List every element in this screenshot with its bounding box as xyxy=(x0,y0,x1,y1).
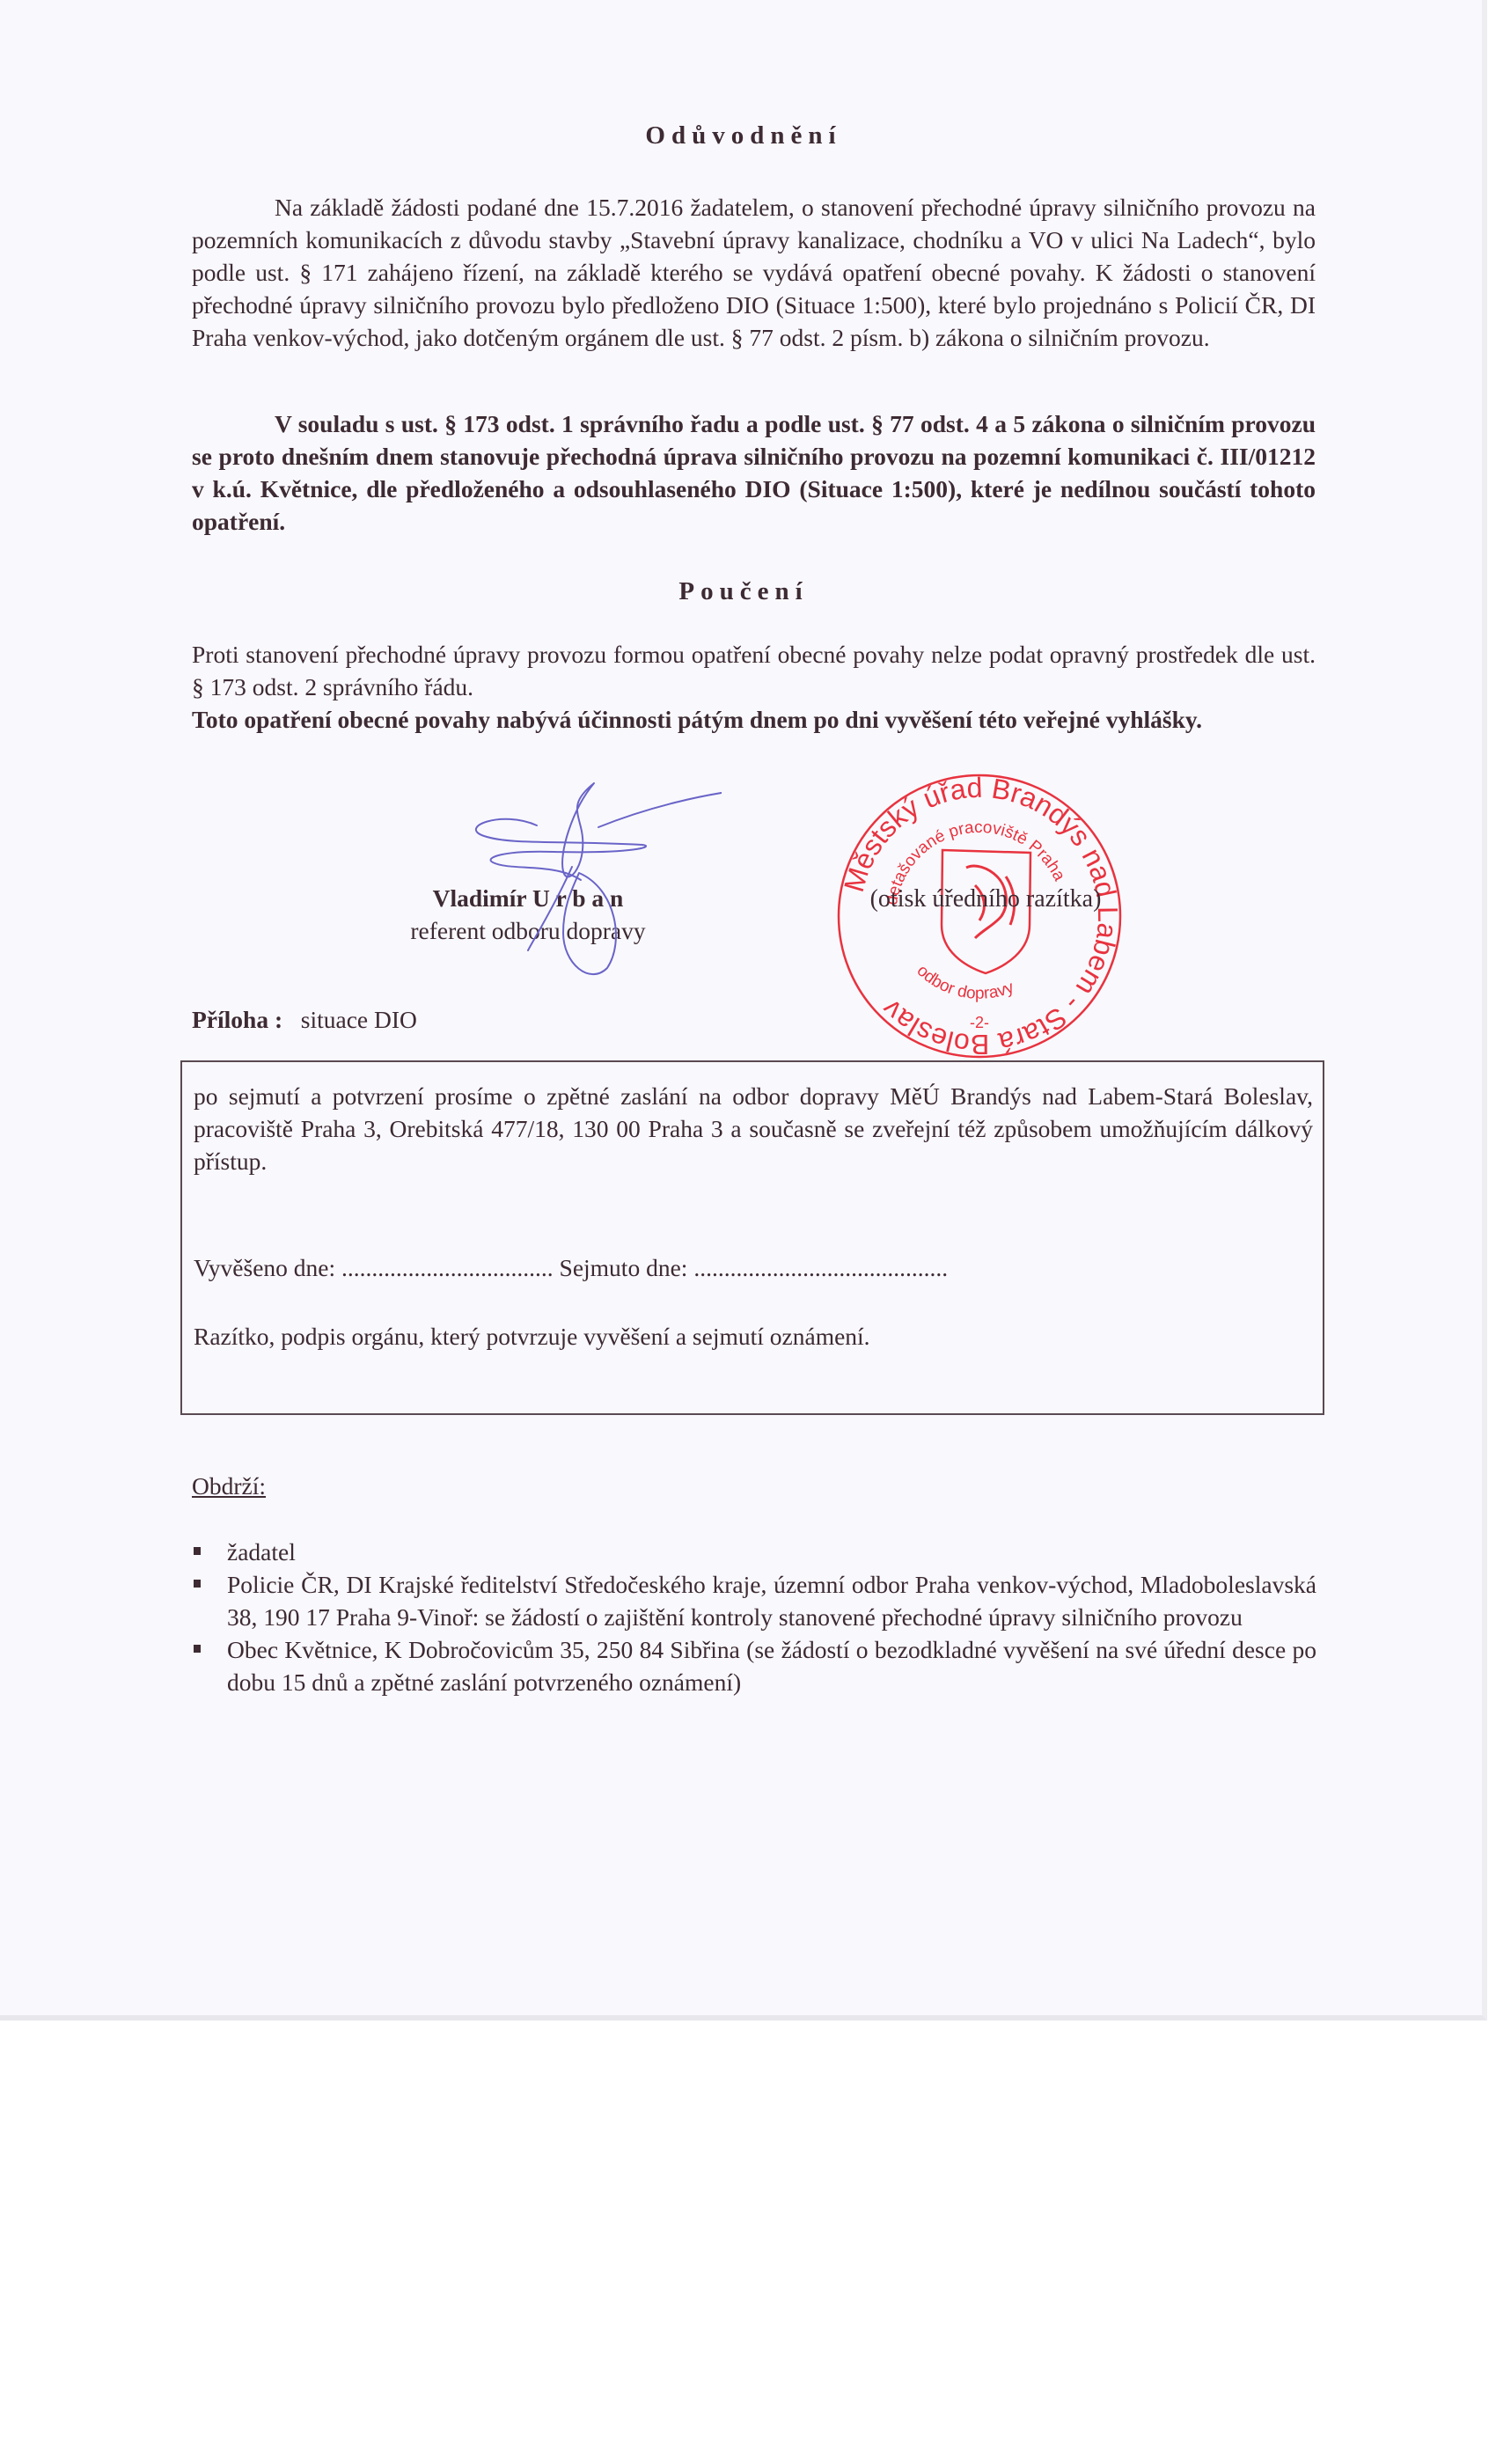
recipient-item: žadatel xyxy=(192,1536,1316,1568)
posting-stamp-note: Razítko, podpis orgánu, který potvrzuje … xyxy=(194,1320,1313,1353)
decision-paragraph: V souladu s ust. § 173 odst. 1 správního… xyxy=(192,407,1316,538)
signatory-name: Vladimír U r b a n xyxy=(352,882,704,914)
posting-dates-line: Vyvěšeno dne: ..........................… xyxy=(194,1251,1313,1284)
posting-instruction: po sejmutí a potvrzení prosíme o zpětné … xyxy=(194,1080,1313,1177)
justification-paragraph: Na základě žádosti podané dne 15.7.2016 … xyxy=(192,191,1316,354)
attachment-value: situace DIO xyxy=(301,1006,417,1033)
signatory-role: referent odboru dopravy xyxy=(352,914,704,947)
svg-text:odbor dopravy: odbor dopravy xyxy=(913,962,1017,1003)
heading-instruction: Poučení xyxy=(0,577,1487,606)
official-stamp-icon: Městský úřad Brandýs nad Labem - Stará B… xyxy=(834,771,1125,1061)
removed-label: Sejmuto dne: xyxy=(560,1254,688,1281)
posting-confirmation-box: po sejmutí a potvrzení prosíme o zpětné … xyxy=(180,1060,1324,1415)
heading-justification: Odůvodnění xyxy=(0,121,1487,150)
scanned-page: Odůvodnění Na základě žádosti podané dne… xyxy=(0,0,1487,2020)
svg-text:-2-: -2- xyxy=(970,1014,989,1031)
recipient-item: Obec Květnice, K Dobročovicům 35, 250 84… xyxy=(192,1633,1316,1698)
recipient-item: Policie ČR, DI Krajské ředitelství Střed… xyxy=(192,1568,1316,1633)
recipients-heading: Obdrží: xyxy=(192,1470,544,1502)
instruction-paragraph: Proti stanovení přechodné úpravy provozu… xyxy=(192,638,1316,703)
stamp-placeholder: (otisk úředního razítka) xyxy=(845,883,1126,915)
posted-date-field: ................................... xyxy=(341,1254,554,1281)
removed-date-field: ........................................… xyxy=(693,1254,948,1281)
effectiveness-paragraph: Toto opatření obecné povahy nabývá účinn… xyxy=(192,703,1316,736)
attachment-label: Příloha : xyxy=(192,1006,282,1033)
posted-label: Vyvěšeno dne: xyxy=(194,1254,335,1281)
recipients-list: žadatel Policie ČR, DI Krajské ředitelst… xyxy=(192,1536,1316,1698)
attachment-line: Příloha : situace DIO xyxy=(192,1003,720,1036)
